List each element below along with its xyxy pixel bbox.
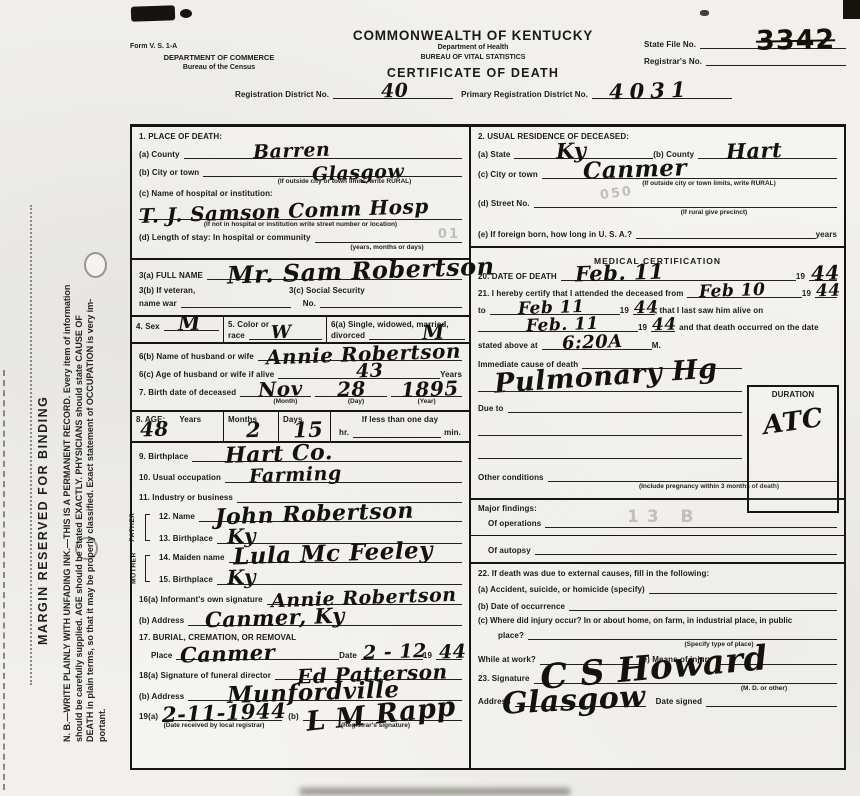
state-file-line: 3342 <box>700 38 846 49</box>
from-year-line: 44 <box>815 287 837 298</box>
street-no-line: 050 <box>534 197 837 208</box>
length-of-stay-label: (d) Length of stay: In hospital or commu… <box>139 233 311 242</box>
to-year-line: 44 <box>633 304 655 315</box>
from-year-pre: 19 <box>802 289 811 298</box>
less-than-day-label: If less than one day <box>335 415 465 424</box>
foreign-born-line <box>636 228 815 239</box>
dod-year-pre: 19 <box>796 272 805 281</box>
spouse-age-label: 6(c) Age of husband or wife if alive <box>139 370 274 379</box>
registration-district-label: Registration District No. <box>235 90 329 99</box>
occupation-line: Farming <box>225 472 462 483</box>
father-side-label: FATHER <box>129 512 136 541</box>
age-years-value: 48 <box>140 418 170 439</box>
certify-line3: and that death occurred on the date <box>679 323 819 332</box>
primary-district-label: Primary Registration District No. <box>461 90 588 99</box>
race-cell: 5. Color or race W <box>224 317 327 342</box>
occupation-label: 10. Usual occupation <box>139 473 221 482</box>
of-operations-pencil: 13 B <box>627 507 702 527</box>
father-birthplace-label: 13. Birthplace <box>159 534 213 543</box>
race-value: W <box>271 324 292 343</box>
residence-county-value: Hart <box>726 139 783 162</box>
birth-day-line: 28 <box>315 386 386 397</box>
time-of-death-line: 6:20A <box>542 339 652 350</box>
alive-year-pre: 19 <box>638 323 647 332</box>
birth-date-label: 7. Birth date of deceased <box>139 388 236 397</box>
burial-year-line: 44 <box>436 649 462 660</box>
alive-year-value: 44 <box>652 317 677 335</box>
date-received-label: 19(a) <box>139 712 158 721</box>
age-row: 8. AGE: Years 48 Months 2 Days 15 If le <box>132 410 469 442</box>
scan-artifact <box>180 9 192 18</box>
county-line: Barren <box>184 148 462 159</box>
left-column: 1. PLACE OF DEATH: (a) County Barren (b)… <box>132 127 471 768</box>
mother-side-label: MOTHER <box>130 552 137 584</box>
date-signed-line <box>706 696 837 707</box>
registrar-sig-label: (b) <box>288 712 299 721</box>
attended-from-value: Feb 10 <box>699 282 766 301</box>
occurrence-line <box>569 600 837 611</box>
of-autopsy-line <box>535 544 837 555</box>
burial-place-value: Canmer <box>179 641 275 665</box>
residence-city-value: Canmer <box>583 156 688 183</box>
hospital-label: (c) Name of hospital or institution: <box>139 189 273 198</box>
length-of-stay-pencil: 01 <box>438 227 460 242</box>
father-name-label: 12. Name <box>159 512 195 521</box>
residence-title: 2. USUAL RESIDENCE OF DECEASED: <box>478 132 629 141</box>
primary-district-value: 4031 <box>608 79 691 103</box>
place-question-label: place? <box>498 631 524 640</box>
right-column: 2. USUAL RESIDENCE OF DECEASED: (a) Stat… <box>471 127 844 768</box>
length-of-stay-hint: (years, months or days) <box>312 244 462 251</box>
occurrence-label: (b) Date of occurrence <box>478 602 565 611</box>
father-bracket <box>145 514 150 541</box>
min-label: min. <box>444 428 461 437</box>
industry-label: 11. Industry or business <box>139 493 233 502</box>
hr-line <box>353 427 441 438</box>
informant-label: 16(a) Informant's own signature <box>139 595 263 604</box>
external-causes-title: 22. If death was due to external causes,… <box>478 569 709 578</box>
burial-place-line: Canmer <box>176 649 339 660</box>
full-name-line: Mr. Sam Robertson <box>207 269 462 280</box>
department-of-health: Department of Health <box>308 43 638 53</box>
city-line: Glasgow <box>203 166 462 177</box>
due-to-line-3 <box>478 448 742 459</box>
date-of-death-value: Feb. 11 <box>575 261 665 285</box>
race-line: W <box>249 329 322 340</box>
physician-address-value: Glasgow <box>501 682 646 719</box>
scan-artifact <box>843 0 860 19</box>
certificate-header: Form V. S. 1-A DEPARTMENT OF COMMERCE Bu… <box>130 28 846 99</box>
name-war-line <box>181 297 291 308</box>
age-days-cell: Days 15 <box>279 412 331 440</box>
department-of-commerce: DEPARTMENT OF COMMERCE <box>130 52 308 63</box>
from-year-value: 44 <box>816 283 841 301</box>
due-to-line-2 <box>478 425 742 436</box>
veteran-label: 3(b) If veteran, <box>139 286 289 295</box>
spouse-name-label: 6(b) Name of husband or wife <box>139 352 254 361</box>
residence-state-label: (a) State <box>478 150 510 159</box>
of-operations-line: 13 B <box>545 517 837 528</box>
scan-artifact <box>700 10 709 16</box>
margin-binding-note: MARGIN RESERVED FOR BINDING <box>36 396 50 645</box>
age-years-cell: 8. AGE: Years 48 <box>132 412 224 440</box>
date-of-death-label: 20. DATE OF DEATH <box>478 272 557 281</box>
occupation-value: Farming <box>248 464 341 486</box>
physician-signature-label: 23. Signature <box>478 674 530 683</box>
scan-artifact <box>3 370 5 790</box>
scan-artifact <box>30 205 32 685</box>
residence-county-line: Hart <box>698 148 837 159</box>
divorced-label: divorced <box>331 331 365 340</box>
sex-value: M <box>177 313 200 334</box>
divider <box>471 535 844 536</box>
due-to-label: Due to <box>478 404 504 413</box>
birthplace-label: 9. Birthplace <box>139 452 188 461</box>
accident-label: (a) Accident, suicide, or homicide (spec… <box>478 585 645 594</box>
father-name-line: John Robertson <box>199 511 462 522</box>
primary-district-line: 4031 <box>592 88 732 99</box>
cause-line-2 <box>478 381 742 392</box>
hospital-line: T. J. Samson Comm Hosp <box>139 209 462 220</box>
state-file-label: State File No. <box>644 40 696 49</box>
death-certificate-scan: MARGIN RESERVED FOR BINDING N. B.—WRITE … <box>0 0 860 796</box>
registrar-no-line <box>706 55 846 66</box>
of-operations-label: Of operations <box>488 519 541 528</box>
mother-birthplace-label: 15. Birthplace <box>159 575 213 584</box>
place-question-line <box>528 629 837 640</box>
city-value: Glasgow <box>312 163 405 185</box>
scan-artifact <box>300 788 570 795</box>
burial-date-line: 2 - 12 <box>361 649 423 660</box>
certificate-title: CERTIFICATE OF DEATH <box>308 66 638 80</box>
age-months-value: 2 <box>246 418 262 440</box>
city-label: (b) City or town <box>139 168 199 177</box>
street-no-pencil: 050 <box>599 184 634 203</box>
funeral-director-label: 18(a) Signature of funeral director <box>139 671 271 680</box>
sex-cell: 4. Sex M <box>132 317 224 342</box>
burial-date-label: Date <box>339 651 357 660</box>
physician-address-line: Glasgow <box>515 696 646 707</box>
informant-address-value: Canmer, Ky <box>204 604 344 630</box>
county-value: Barren <box>253 141 331 163</box>
due-to-line <box>508 402 743 413</box>
street-no-hint: (If rural give precinct) <box>591 209 837 216</box>
accident-line <box>649 583 837 594</box>
other-conditions-line <box>548 471 837 482</box>
divider <box>471 246 844 248</box>
foreign-born-label: (e) If foreign born, how long in U. S. A… <box>478 230 632 239</box>
informant-address-label: (b) Address <box>139 616 184 625</box>
full-name-value: Mr. Sam Robertson <box>227 254 495 287</box>
nb-line-4: portant. <box>97 48 109 742</box>
mother-group: MOTHER 14. Maiden name Lula Mc Feeley 15… <box>132 552 469 585</box>
registrar-no-label: Registrar's No. <box>644 57 702 66</box>
age-less-than-day-cell: If less than one day hr. min. <box>331 412 469 440</box>
social-security-label: 3(c) Social Security <box>289 286 365 295</box>
director-address-label: (b) Address <box>139 692 184 701</box>
state-file-number: 3342 <box>755 24 835 56</box>
major-findings-label: Major findings: <box>478 504 537 513</box>
form-number: Form V. S. 1-A <box>130 42 308 52</box>
informant-address-line: Canmer, Ky <box>188 615 462 626</box>
alive-year-line: 44 <box>651 321 675 332</box>
stated-above-label: stated above at <box>478 341 538 350</box>
residence-city-line: Canmer <box>542 168 837 179</box>
sex-label: 4. Sex <box>136 322 160 331</box>
mother-bracket <box>145 555 150 582</box>
mother-name-line: Lula Mc Feeley <box>229 552 462 563</box>
registration-district-line: 40 <box>333 88 453 99</box>
margin-nb-note: N. B.—WRITE PLAINLY WITH UNFADING INK.—T… <box>62 48 109 742</box>
foreign-born-years-suffix: years <box>816 230 837 239</box>
birth-month-line: Nov <box>240 386 311 397</box>
age-days-value: 15 <box>293 418 324 440</box>
birth-year-line: 1895 <box>391 386 462 397</box>
place-of-death-title: 1. PLACE OF DEATH: <box>139 132 222 141</box>
while-at-work-label: While at work? <box>478 655 536 664</box>
county-label: (a) County <box>139 150 180 159</box>
age-months-cell: Months 2 <box>224 412 279 440</box>
date-received-value: 2-11-1944 <box>162 700 287 725</box>
registrar-sig-line: L M Rapp <box>303 710 462 721</box>
date-signed-label: Date signed <box>656 697 702 706</box>
mother-birthplace-value: Ky <box>226 566 256 587</box>
immediate-cause-line: Pulmonary Hg <box>582 358 742 369</box>
name-war-label: name war <box>139 299 177 308</box>
scan-artifact <box>131 5 175 22</box>
birth-day-value: 28 <box>337 379 367 400</box>
full-name-label: 3(a) FULL NAME <box>139 271 203 280</box>
to-year-pre: 19 <box>620 306 629 315</box>
mother-birthplace-line: Ky <box>217 574 462 585</box>
certificate-form: 1. PLACE OF DEATH: (a) County Barren (b)… <box>130 124 846 770</box>
time-of-death-value: 6:20A <box>561 333 622 353</box>
to-label: to <box>478 306 486 315</box>
ss-no-label: No. <box>303 299 316 308</box>
bureau-of-census: Bureau of the Census <box>130 63 308 73</box>
attended-to-line: Feb 11 <box>490 304 620 315</box>
attended-from-line: Feb 10 <box>687 287 801 298</box>
race-label: race <box>228 331 245 340</box>
mother-name-value: Lula Mc Feeley <box>233 538 434 568</box>
mother-name-label: 14. Maiden name <box>159 553 225 562</box>
age-years-label: Years <box>179 415 201 424</box>
ss-no-line <box>320 297 462 308</box>
birth-year-value: 1895 <box>401 378 459 400</box>
of-autopsy-label: Of autopsy <box>488 546 531 555</box>
nb-line-1: N. B.—WRITE PLAINLY WITH UNFADING INK.—T… <box>62 48 74 742</box>
md-or-other-hint: (M. D. or other) <box>691 685 837 692</box>
length-of-stay-line: 01 <box>315 232 462 243</box>
date-received-line: 2-11-1944 <box>162 710 282 721</box>
birthplace-line: Hart Co. <box>192 451 462 462</box>
residence-city-label: (c) City or town <box>478 170 538 179</box>
other-conditions-label: Other conditions <box>478 473 544 482</box>
street-no-label: (d) Street No. <box>478 199 530 208</box>
burial-place-label: Place <box>151 651 172 660</box>
hr-label: hr. <box>339 428 349 437</box>
where-injury-label: (c) Where did injury occur? In or about … <box>478 616 792 626</box>
nb-line-2: should be carefully supplied. AGE should… <box>74 48 86 742</box>
informant-line: Annie Robertson <box>267 594 462 605</box>
birth-month-value: Nov <box>258 378 303 400</box>
m-label: M. <box>652 341 661 350</box>
sex-line: M <box>164 320 219 331</box>
bureau-vital-statistics: BUREAU OF VITAL STATISTICS <box>308 53 638 63</box>
commonwealth-title: COMMONWEALTH OF KENTUCKY <box>308 28 638 43</box>
nb-line-3: DEATH in plain terms, so that it may be … <box>85 48 97 742</box>
registration-district-value: 40 <box>381 82 409 102</box>
divider <box>471 562 844 564</box>
